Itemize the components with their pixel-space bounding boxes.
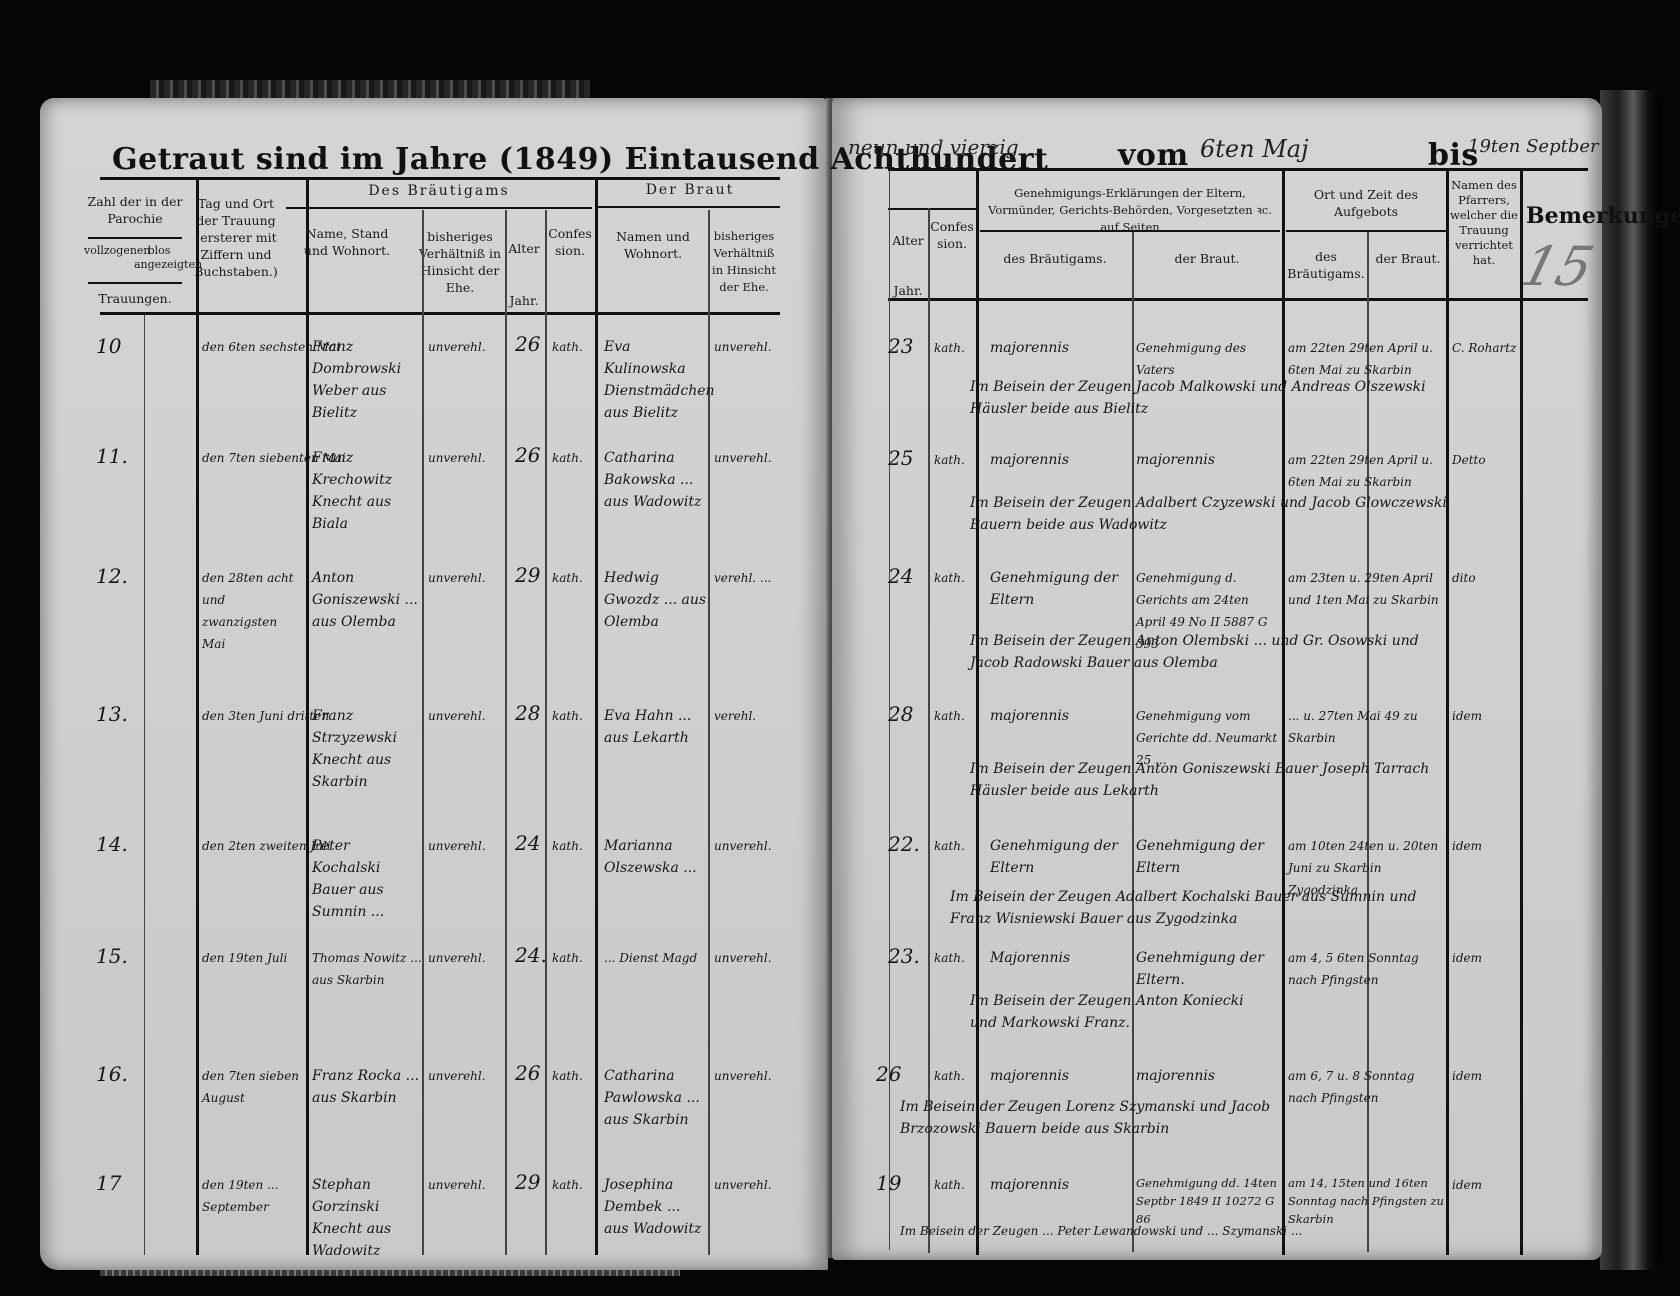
handwritten-cell: Im Beisein der Zeugen Anton Goniszewski … <box>970 758 1430 802</box>
table-rule <box>1286 230 1446 232</box>
handwritten-cell: 11. <box>96 445 128 467</box>
handwritten-cell: kath. <box>934 835 965 857</box>
handwritten-cell: unverehl. <box>714 336 772 358</box>
handwritten-cell: unverehl. <box>428 336 486 358</box>
hdr-groom-confession: Confession. <box>548 225 592 259</box>
handwritten-cell: Stephan Gorzinski Knecht aus Wadowitz <box>312 1174 422 1262</box>
handwritten-cell: majorennis <box>990 449 1069 471</box>
handwritten-cell: Im Beisein der Zeugen Anton Olembski ...… <box>970 630 1430 674</box>
hdr-right-alter: Alter <box>888 232 928 249</box>
handwritten-cell: unverehl. <box>714 1174 772 1196</box>
hdr-pfarrer: Namen des Pfarrers, welcher die Trauung … <box>1450 178 1518 268</box>
handwritten-cell: Marianna Olszewska ... <box>604 835 708 879</box>
handwritten-cell: idem <box>1452 1174 1482 1196</box>
handwritten-cell: unverehl. <box>714 1065 772 1087</box>
handwritten-cell: 29 <box>515 1171 540 1193</box>
handwritten-cell: kath. <box>934 705 965 727</box>
handwritten-cell: unverehl. <box>714 447 772 469</box>
handwritten-cell: unverehl. <box>428 835 486 857</box>
hdr-a-braut: der Braut. <box>1368 250 1448 267</box>
handwritten-cell: kath. <box>934 567 965 589</box>
hdr-groom-status: bisheriges Verhältniß in Hinsicht der Eh… <box>418 228 502 296</box>
handwritten-cell: Catharina Bakowska ... aus Wadowitz <box>604 447 708 513</box>
handwritten-cell: 26 <box>515 333 540 355</box>
handwritten-cell: 12. <box>96 565 128 587</box>
handwritten-cell: 15. <box>96 945 128 967</box>
hdr-vollzogen: vollzogenen <box>84 244 134 258</box>
handwritten-cell: kath. <box>552 447 583 469</box>
handwritten-cell: am 4, 5 6ten Sonntag nach Pfingsten <box>1288 947 1446 991</box>
table-rule <box>144 315 145 1255</box>
handwritten-cell: idem <box>1452 1065 1482 1087</box>
hdr-a-braeutigam: des Bräutigams. <box>1286 248 1366 282</box>
handwritten-cell: den 19ten Juli <box>202 947 287 969</box>
handwritten-cell: 23 <box>888 335 913 357</box>
table-rule <box>505 210 507 1255</box>
handwritten-cell: kath. <box>552 947 583 969</box>
table-rule <box>286 207 592 209</box>
handwritten-cell: idem <box>1452 947 1482 969</box>
hdr-tag-ort: Tag und Ort der Trauung (ersterer mit Zi… <box>190 195 282 280</box>
handwritten-cell: Thomas Nowitz ... aus Skarbin <box>312 947 422 991</box>
handwritten-cell: unverehl. <box>714 835 772 857</box>
table-rule <box>708 210 710 1255</box>
hdr-g-braut: der Braut. <box>1132 250 1282 267</box>
handwritten-cell: C. Rohartz <box>1452 337 1516 359</box>
hdr-der-braut: Der Braut <box>600 182 780 199</box>
table-rule <box>88 282 182 284</box>
handwritten-cell: majorennis <box>990 337 1069 359</box>
handwritten-cell: 13. <box>96 703 128 725</box>
handwritten-cell: 25 <box>888 447 913 469</box>
handwritten-cell: Im Beisein der Zeugen Adalbert Kochalski… <box>950 886 1440 930</box>
table-rule <box>976 170 979 1255</box>
hdr-right-jahr: Jahr. <box>888 282 928 299</box>
handwritten-cell: kath. <box>934 449 965 471</box>
handwritten-cell: am 22ten 29ten April u. 6ten Mai zu Skar… <box>1288 337 1446 381</box>
handwritten-cell: kath. <box>934 337 965 359</box>
handwritten-cell: ... u. 27ten Mai 49 zu Skarbin <box>1288 705 1446 749</box>
right-title-from: 6ten Maj <box>1200 135 1309 163</box>
table-rule <box>888 208 976 210</box>
hdr-g-braeutigam: des Bräutigams. <box>980 250 1130 267</box>
handwritten-cell: Catharina Pawlowska ... aus Skarbin <box>604 1065 708 1131</box>
handwritten-cell: idem <box>1452 835 1482 857</box>
table-rule <box>88 237 182 239</box>
table-rule <box>422 210 424 1255</box>
handwritten-cell: 26 <box>876 1063 901 1085</box>
handwritten-cell: Im Beisein der Zeugen Adalbert Czyzewski… <box>970 492 1460 536</box>
handwritten-cell: am 14, 15ten und 16ten Sonntag nach Pfin… <box>1288 1174 1446 1228</box>
handwritten-cell: Im Beisein der Zeugen Anton Koniecki und… <box>970 990 1270 1034</box>
handwritten-cell: am 22ten 29ten April u. 6ten Mai zu Skar… <box>1288 449 1446 493</box>
handwritten-cell: majorennis <box>1136 1065 1215 1087</box>
handwritten-cell: 24. <box>515 944 547 966</box>
handwritten-cell: kath. <box>552 567 583 589</box>
table-rule <box>888 298 1588 301</box>
handwritten-cell: 26 <box>515 1062 540 1084</box>
right-title-script: neun und vierzig <box>848 135 1019 159</box>
handwritten-cell: 28 <box>888 703 913 725</box>
hdr-bride-status: bisheriges Verhältniß in Hinsicht der Eh… <box>708 228 780 296</box>
hdr-genehmigung: Genehmigungs-Erklärungen der Eltern, Vor… <box>980 185 1280 236</box>
handwritten-cell: majorennis <box>990 705 1069 727</box>
handwritten-cell: 28 <box>515 702 540 724</box>
hdr-zahl: Zahl der in der Parochie <box>86 193 184 227</box>
table-rule <box>1446 170 1449 1255</box>
handwritten-cell: am 23ten u. 29ten April und 1ten Mai zu … <box>1288 567 1446 611</box>
table-rule <box>100 177 780 180</box>
handwritten-cell: unverehl. <box>428 1174 486 1196</box>
handwritten-cell: Franz Strzyzewski Knecht aus Skarbin <box>312 705 422 793</box>
handwritten-cell: unverehl. <box>428 947 486 969</box>
table-rule <box>100 312 780 315</box>
handwritten-cell: den 3ten Juni dritten <box>202 705 329 727</box>
hdr-angezeigten: blos angezeigten <box>134 244 184 272</box>
handwritten-cell: den 7ten sieben August <box>202 1065 302 1109</box>
handwritten-cell: Genehmigung der Eltern <box>990 835 1130 879</box>
handwritten-cell: Peter Kochalski Bauer aus Sumnin ... <box>312 835 422 923</box>
handwritten-cell: 29 <box>515 564 540 586</box>
handwritten-cell: verehl. ... <box>714 567 771 589</box>
handwritten-cell: Detto <box>1452 449 1486 471</box>
handwritten-cell: Eva Kulinowska Dienstmädchen aus Bielitz <box>604 336 708 424</box>
handwritten-cell: Josephina Dembek ... aus Wadowitz <box>604 1174 708 1240</box>
handwritten-cell: Genehmigung der Eltern <box>990 567 1130 611</box>
handwritten-cell: 16. <box>96 1063 128 1085</box>
hdr-bride-name: Namen und Wohnort. <box>598 228 708 262</box>
handwritten-cell: den 28ten acht und zwanzigsten Mai <box>202 567 302 655</box>
table-rule <box>1282 170 1285 1255</box>
handwritten-cell: 22. <box>888 833 920 855</box>
table-rule <box>595 180 598 1255</box>
handwritten-cell: unverehl. <box>428 567 486 589</box>
handwritten-cell: kath. <box>552 336 583 358</box>
hdr-groom-jahr: Jahr. <box>506 292 542 309</box>
handwritten-cell: 14. <box>96 833 128 855</box>
handwritten-cell: 10 <box>96 335 121 357</box>
handwritten-cell: Franz Rocka ... aus Skarbin <box>312 1065 422 1109</box>
handwritten-cell: 26 <box>515 444 540 466</box>
handwritten-cell: verehl. <box>714 705 756 727</box>
book-spine <box>1600 90 1660 1270</box>
right-title-to: 19ten Septber <box>1468 136 1599 157</box>
handwritten-cell: kath. <box>552 835 583 857</box>
handwritten-cell: kath. <box>552 1174 583 1196</box>
handwritten-cell: 23. <box>888 945 920 967</box>
handwritten-cell: 19 <box>876 1172 901 1194</box>
table-rule <box>196 180 199 1255</box>
handwritten-cell: majorennis <box>990 1065 1069 1087</box>
handwritten-cell: den 19ten ... September <box>202 1174 302 1218</box>
hdr-groom-age: Alter <box>506 240 542 257</box>
handwritten-cell: Im Beisein der Zeugen Lorenz Szymanski u… <box>900 1096 1320 1140</box>
handwritten-cell: unverehl. <box>714 947 772 969</box>
table-rule <box>1520 170 1523 1255</box>
handwritten-cell: majorennis <box>1136 449 1215 471</box>
handwritten-cell: majorennis <box>990 1174 1069 1196</box>
handwritten-cell: 24 <box>888 565 913 587</box>
handwritten-cell: Franz Krechowitz Knecht aus Biala <box>312 447 422 535</box>
handwritten-cell: Hedwig Gwozdz ... aus Olemba <box>604 567 708 633</box>
handwritten-cell: 24 <box>515 832 540 854</box>
handwritten-cell: unverehl. <box>428 705 486 727</box>
handwritten-cell: Im Beisein der Zeugen ... Peter Lewandow… <box>900 1222 1340 1240</box>
handwritten-cell: Eva Hahn ... aus Lekarth <box>604 705 708 749</box>
hdr-aufgebot: Ort und Zeit des Aufgebots <box>1286 186 1446 220</box>
handwritten-cell: kath. <box>934 947 965 969</box>
handwritten-cell: Genehmigung der Eltern. <box>1136 947 1282 991</box>
handwritten-cell: kath. <box>552 705 583 727</box>
hdr-des-braeutigams: Des Bräutigams <box>286 183 592 200</box>
handwritten-cell: kath. <box>552 1065 583 1087</box>
handwritten-cell: Genehmigung der Eltern <box>1136 835 1282 879</box>
handwritten-cell: Im Beisein der Zeugen Jacob Malkowski un… <box>970 376 1440 420</box>
handwritten-cell: unverehl. <box>428 1065 486 1087</box>
hdr-right-confession: Confession. <box>930 218 974 252</box>
handwritten-cell: Franz Dombrowski Weber aus Bielitz <box>312 336 422 424</box>
handwritten-cell: Anton Goniszewski ... aus Olemba <box>312 567 422 633</box>
handwritten-cell: 17 <box>96 1172 121 1194</box>
handwritten-cell: ... Dienst Magd <box>604 947 708 969</box>
handwritten-cell: unverehl. <box>428 447 486 469</box>
table-rule <box>598 206 780 208</box>
handwritten-cell: kath. <box>934 1065 965 1087</box>
handwritten-cell: Genehmigung dd. 14ten Septbr 1849 II 102… <box>1136 1174 1282 1228</box>
handwritten-cell: Majorennis <box>990 947 1070 969</box>
hdr-bemerkungen: Bemerkungen. <box>1526 200 1592 232</box>
table-rule <box>545 210 547 1255</box>
table-rule <box>888 168 1588 171</box>
handwritten-cell: idem <box>1452 705 1482 727</box>
handwritten-cell: dito <box>1452 567 1476 589</box>
handwritten-cell: Genehmigung des Vaters <box>1136 337 1282 381</box>
handwritten-cell: kath. <box>934 1174 965 1196</box>
hdr-trauungen: Trauungen. <box>88 290 182 307</box>
